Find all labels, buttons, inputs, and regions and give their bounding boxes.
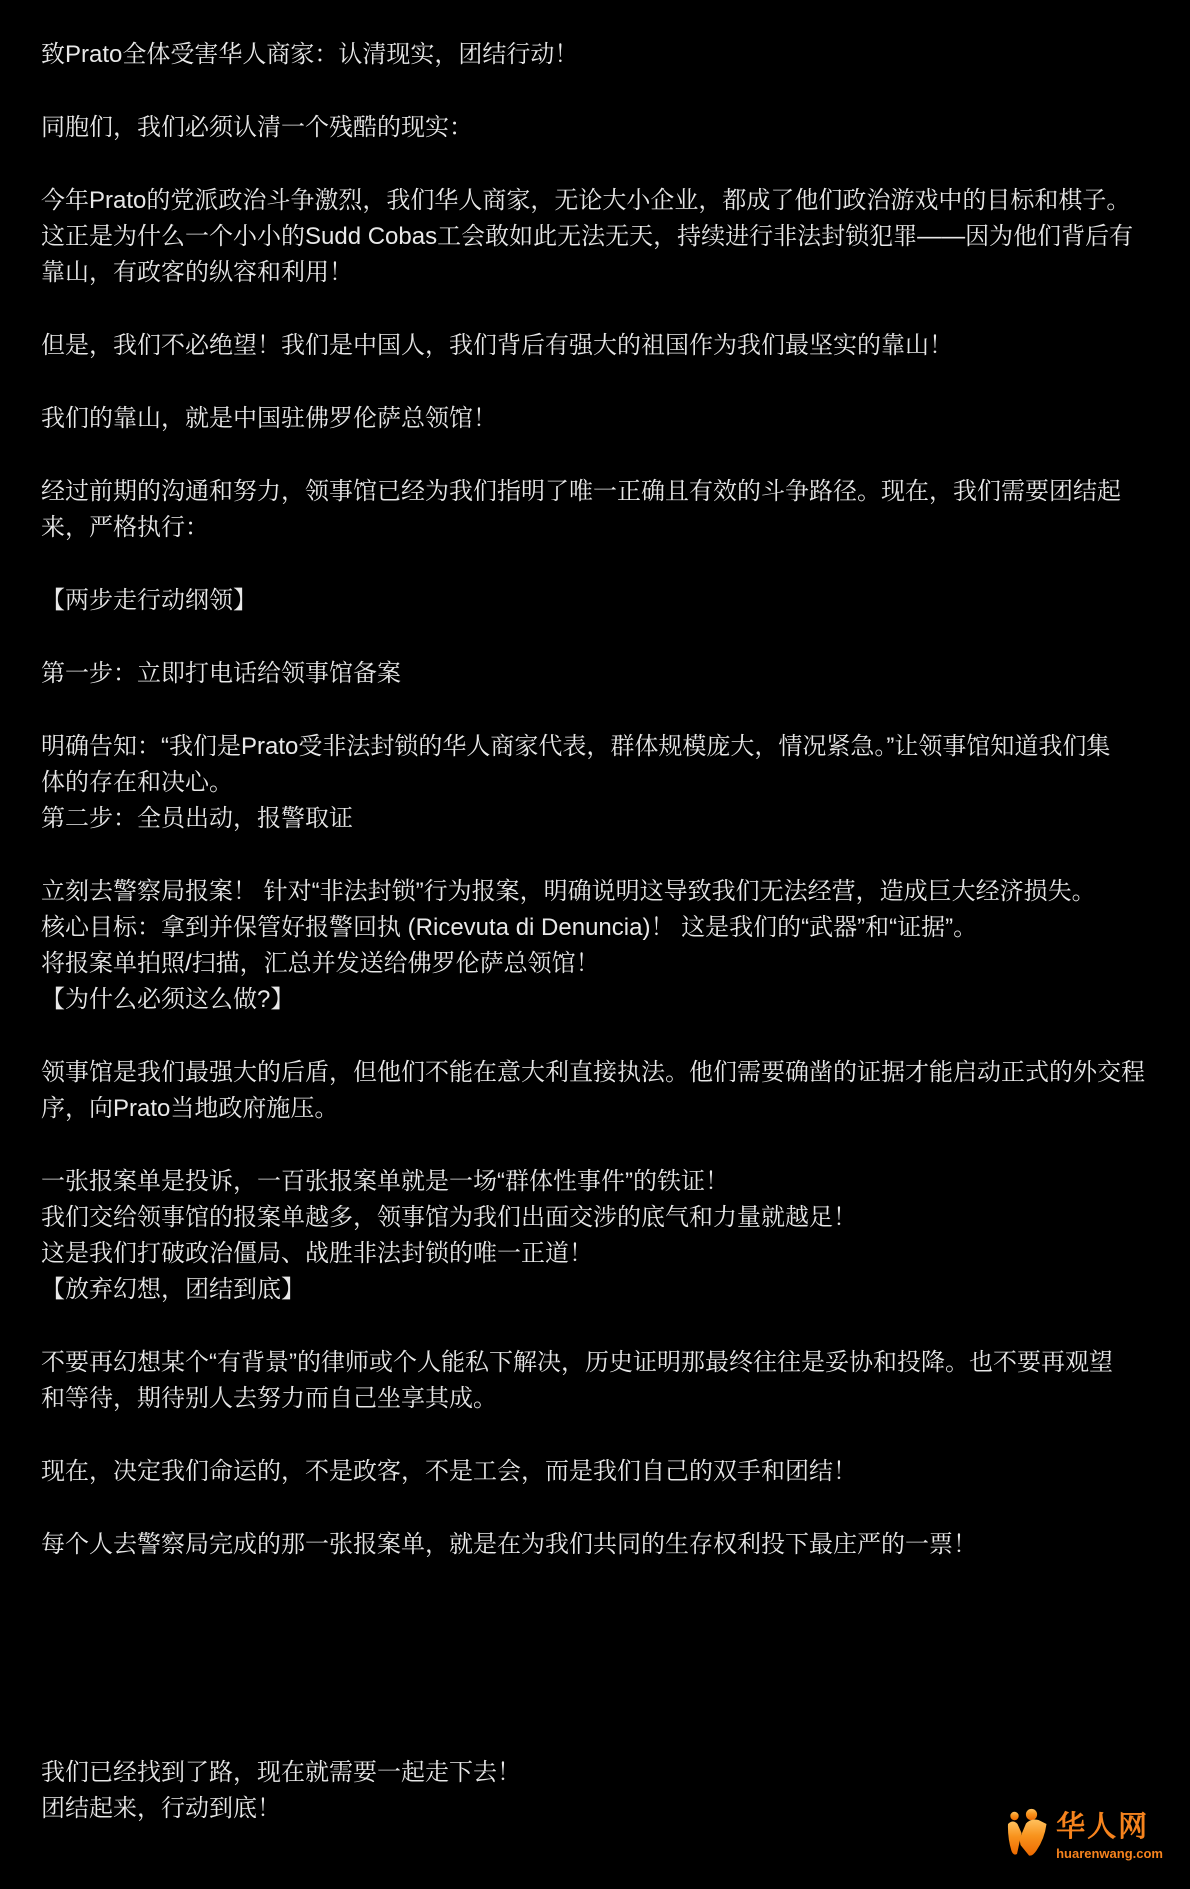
- text-line: 这正是为什么一个小小的Sudd Cobas工会敢如此无法无天，持续进行非法封锁犯…: [41, 219, 1190, 255]
- text-line: 我们交给领事馆的报案单越多，领事馆为我们出面交涉的底气和力量就越足！: [41, 1200, 1190, 1236]
- text-line: 【为什么必须这么做?】: [41, 982, 1190, 1018]
- paragraph: 但是，我们不必绝望！我们是中国人，我们背后有强大的祖国作为我们最坚实的靠山！: [41, 328, 1190, 364]
- site-name: 华人网: [1056, 1813, 1163, 1842]
- huarenwang-logo-icon: [1006, 1808, 1048, 1858]
- text-line: 第一步：立即打电话给领事馆备案: [41, 656, 1190, 692]
- paragraph: 一张报案单是投诉，一百张报案单就是一场“群体性事件”的铁证！我们交给领事馆的报案…: [41, 1164, 1190, 1308]
- paragraph: 致Prato全体受害华人商家：认清现实，团结行动！: [41, 37, 1190, 73]
- document-body: 致Prato全体受害华人商家：认清现实，团结行动！同胞们，我们必须认清一个残酷的…: [41, 37, 1190, 1827]
- paragraph: 每个人去警察局完成的那一张报案单，就是在为我们共同的生存权利投下最庄严的一票！: [41, 1527, 1190, 1563]
- paragraph: 明确告知：“我们是Prato受非法封锁的华人商家代表，群体规模庞大，情况紧急。”…: [41, 729, 1190, 837]
- paragraph: 【两步走行动纲领】: [41, 583, 1190, 619]
- paragraph: 立刻去警察局报案！ 针对“非法封锁”行为报案，明确说明这导致我们无法经营，造成巨…: [41, 874, 1190, 1018]
- text-line: 不要再幻想某个“有背景”的律师或个人能私下解决，历史证明那最终往往是妥协和投降。…: [41, 1345, 1190, 1381]
- text-line: 我们的靠山，就是中国驻佛罗伦萨总领馆！: [41, 401, 1190, 437]
- site-watermark: 华人网 huarenwang.com: [1006, 1808, 1163, 1860]
- paragraph: 不要再幻想某个“有背景”的律师或个人能私下解决，历史证明那最终往往是妥协和投降。…: [41, 1345, 1190, 1417]
- text-line: 来，严格执行：: [41, 510, 1190, 546]
- text-line: 【两步走行动纲领】: [41, 583, 1190, 619]
- text-line: 致Prato全体受害华人商家：认清现实，团结行动！: [41, 37, 1190, 73]
- paragraph: 现在，决定我们命运的，不是政客，不是工会，而是我们自己的双手和团结！: [41, 1454, 1190, 1490]
- paragraph: 我们的靠山，就是中国驻佛罗伦萨总领馆！: [41, 401, 1190, 437]
- text-line: 核心目标：拿到并保管好报警回执 (Ricevuta di Denuncia)！ …: [41, 910, 1190, 946]
- site-url: huarenwang.com: [1056, 1847, 1163, 1860]
- paragraph: 第一步：立即打电话给领事馆备案: [41, 656, 1190, 692]
- text-line: 靠山，有政客的纵容和利用！: [41, 255, 1190, 291]
- text-line: 但是，我们不必绝望！我们是中国人，我们背后有强大的祖国作为我们最坚实的靠山！: [41, 328, 1190, 364]
- text-line: 这是我们打破政治僵局、战胜非法封锁的唯一正道！: [41, 1236, 1190, 1272]
- text-line: 明确告知：“我们是Prato受非法封锁的华人商家代表，群体规模庞大，情况紧急。”…: [41, 729, 1190, 765]
- watermark-text-block: 华人网 huarenwang.com: [1056, 1808, 1163, 1860]
- text-line: 将报案单拍照/扫描，汇总并发送给佛罗伦萨总领馆！: [41, 946, 1190, 982]
- text-line: 一张报案单是投诉，一百张报案单就是一场“群体性事件”的铁证！: [41, 1164, 1190, 1200]
- paragraph: 领事馆是我们最强大的后盾，但他们不能在意大利直接执法。他们需要确凿的证据才能启动…: [41, 1055, 1190, 1127]
- notice-document: 致Prato全体受害华人商家：认清现实，团结行动！同胞们，我们必须认清一个残酷的…: [41, 37, 1190, 1864]
- text-line: 我们已经找到了路，现在就需要一起走下去！: [41, 1755, 1190, 1791]
- text-line: 立刻去警察局报案！ 针对“非法封锁”行为报案，明确说明这导致我们无法经营，造成巨…: [41, 874, 1190, 910]
- text-line: 【放弃幻想，团结到底】: [41, 1272, 1190, 1308]
- text-line: 第二步：全员出动，报警取证: [41, 801, 1190, 837]
- text-line: 现在，决定我们命运的，不是政客，不是工会，而是我们自己的双手和团结！: [41, 1454, 1190, 1490]
- text-line: 每个人去警察局完成的那一张报案单，就是在为我们共同的生存权利投下最庄严的一票！: [41, 1527, 1190, 1563]
- paragraph: 同胞们，我们必须认清一个残酷的现实：: [41, 110, 1190, 146]
- paragraph: 经过前期的沟通和努力，领事馆已经为我们指明了唯一正确且有效的斗争路径。现在，我们…: [41, 474, 1190, 546]
- text-line: 体的存在和决心。: [41, 765, 1190, 801]
- text-line: 今年Prato的党派政治斗争激烈，我们华人商家，无论大小企业，都成了他们政治游戏…: [41, 183, 1190, 219]
- notice-page: { "page": { "background_color": "#000000…: [0, 0, 1190, 1889]
- text-line: 序，向Prato当地政府施压。: [41, 1091, 1190, 1127]
- paragraph: 今年Prato的党派政治斗争激烈，我们华人商家，无论大小企业，都成了他们政治游戏…: [41, 183, 1190, 291]
- text-line: 领事馆是我们最强大的后盾，但他们不能在意大利直接执法。他们需要确凿的证据才能启动…: [41, 1055, 1190, 1091]
- text-line: 和等待，期待别人去努力而自己坐享其成。: [41, 1381, 1190, 1417]
- text-line: 经过前期的沟通和努力，领事馆已经为我们指明了唯一正确且有效的斗争路径。现在，我们…: [41, 474, 1190, 510]
- text-line: 同胞们，我们必须认清一个残酷的现实：: [41, 110, 1190, 146]
